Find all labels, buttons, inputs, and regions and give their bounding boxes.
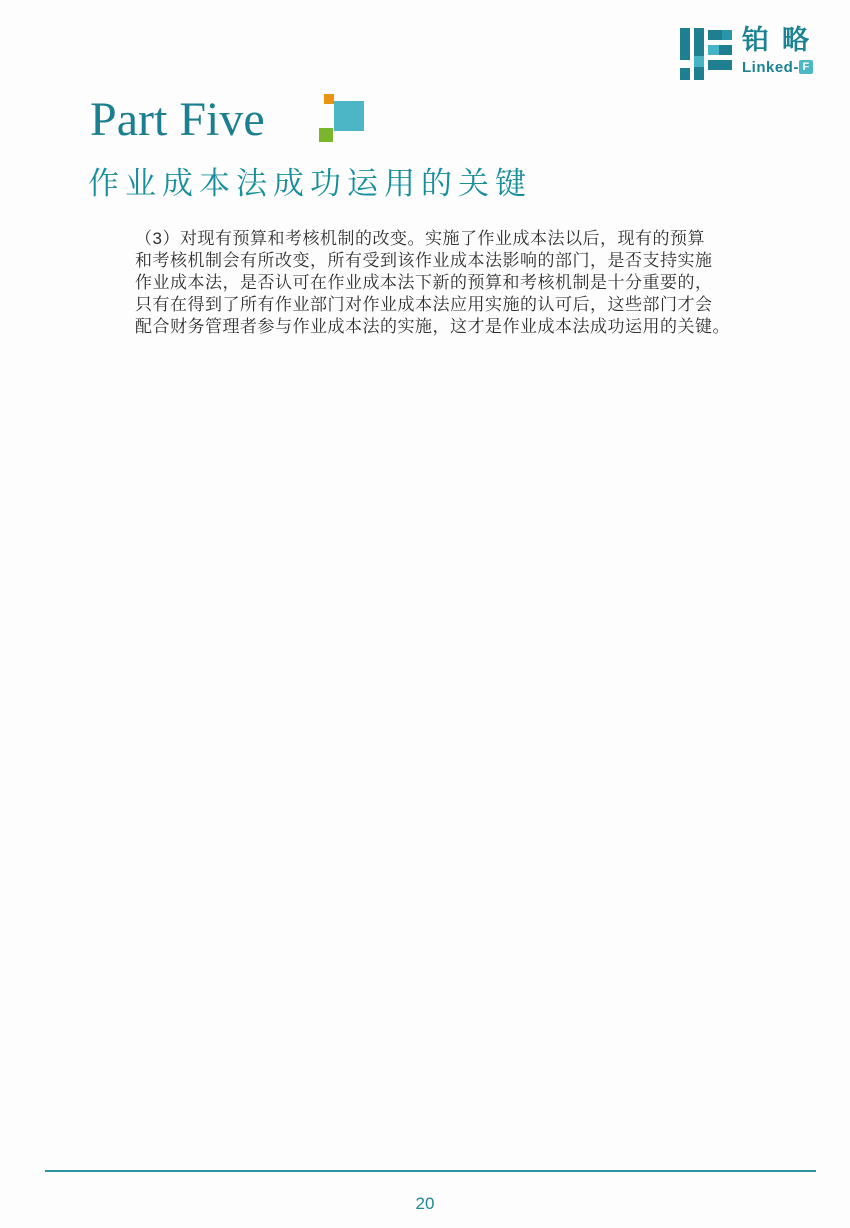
paragraph-line: 和考核机制会有所改变，所有受到该作业成本法影响的部门，是否支持实施 — [135, 250, 727, 272]
paragraph-line: 配合财务管理者参与作业成本法的实施，这才是作业成本法成功运用的关键。 — [135, 316, 727, 338]
paragraph-line: （3）对现有预算和考核机制的改变。实施了作业成本法以后，现有的预算 — [135, 228, 727, 250]
brand-f-badge: F — [799, 60, 813, 74]
brand-name-chinese: 铂略 — [742, 26, 822, 56]
body-paragraph: （3）对现有预算和考核机制的改变。实施了作业成本法以后，现有的预算 和考核机制会… — [135, 228, 727, 338]
brand-name-english-text: Linked- — [742, 59, 799, 76]
document-page: 铂略 Linked- F Part Five 作业成本法成功运用的关键 （3）对… — [0, 0, 850, 1228]
decorative-squares-icon — [318, 92, 370, 144]
brand-name-english: Linked- F — [742, 59, 822, 76]
section-title: 作业成本法成功运用的关键 — [88, 158, 532, 203]
paragraph-line: 作业成本法，是否认可在作业成本法下新的预算和考核机制是十分重要的， — [135, 272, 727, 294]
paragraph-line: 只有在得到了所有作业部门对作业成本法应用实施的认可后，这些部门才会 — [135, 294, 727, 316]
part-title: Part Five — [90, 92, 265, 147]
deco-square-teal — [334, 101, 364, 131]
brand-logo: 铂略 Linked- F — [680, 26, 822, 80]
deco-square-green — [319, 128, 333, 142]
brand-text: 铂略 Linked- F — [742, 26, 822, 76]
deco-square-orange — [324, 94, 334, 104]
linked-f-logo-icon — [680, 28, 732, 80]
page-number: 20 — [0, 1194, 850, 1214]
footer-divider — [45, 1170, 816, 1172]
